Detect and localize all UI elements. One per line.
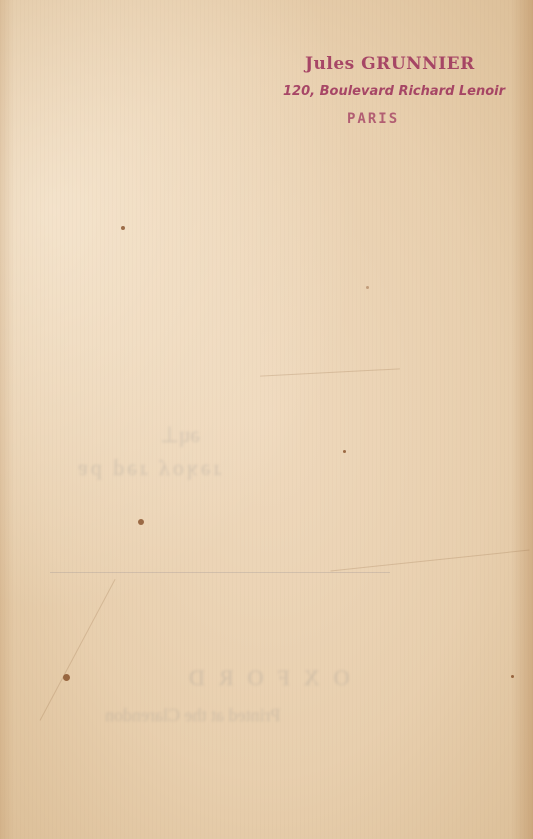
document-page: Jules GRUNNIER 120, Boulevard Richard Le… — [0, 0, 533, 839]
foxing-spot — [63, 674, 70, 681]
page-edge-left — [0, 0, 14, 839]
bleed-through-title-1: ǝɥ⊥ — [160, 422, 200, 448]
ownership-stamp-name: Jules GRUNNIER — [305, 54, 475, 74]
bleed-through-title-2: ɹǝʞoʎ ɹǝd pɐ — [75, 455, 221, 481]
foxing-spot — [121, 226, 125, 230]
foxing-spot — [343, 450, 346, 453]
page-edge-right — [511, 0, 533, 839]
bleed-through-rule — [50, 572, 390, 573]
foxing-spot — [511, 675, 514, 678]
bleed-through-publisher: Printed at the Clarendon — [105, 705, 280, 726]
ownership-stamp-city: PARIS — [347, 111, 399, 127]
bleed-through-place: OXFORD — [175, 665, 349, 691]
foxing-spot — [138, 519, 144, 525]
ownership-stamp-address: 120, Boulevard Richard Lenoir — [283, 84, 505, 99]
foxing-spot — [366, 286, 369, 289]
